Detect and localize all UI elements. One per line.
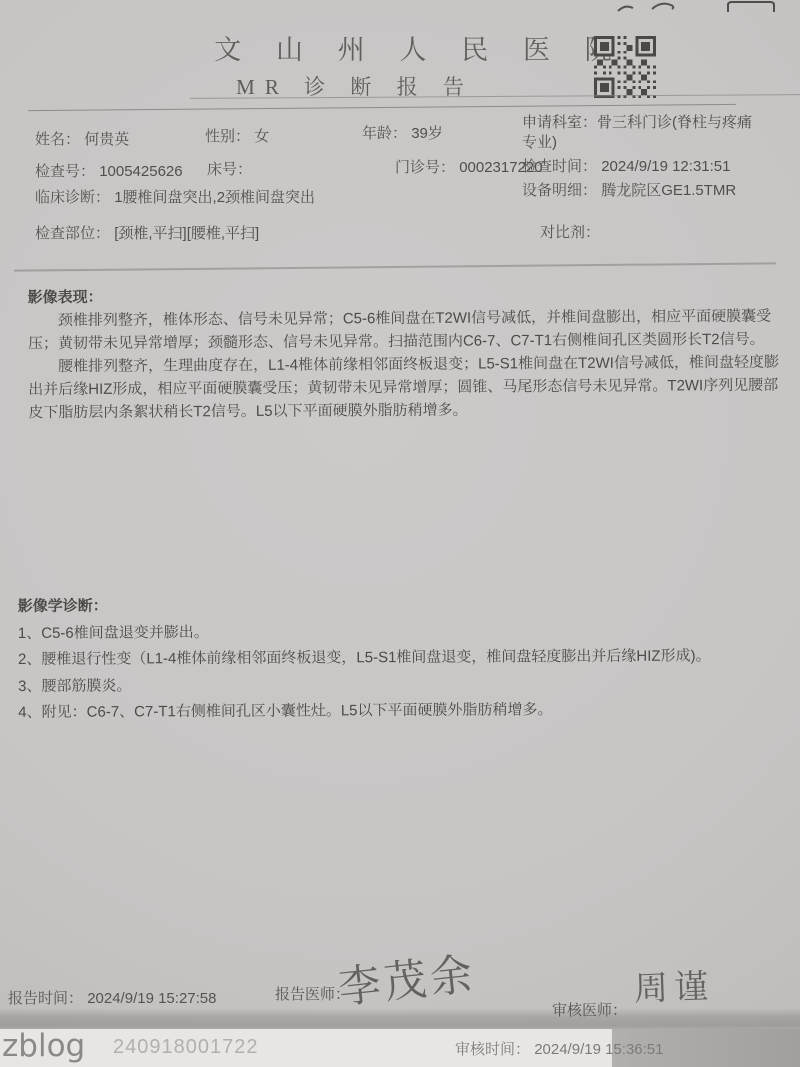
exam-time-value: 2024/9/19 12:31:51 (601, 158, 730, 175)
age-value: 39岁 (411, 125, 443, 142)
contrast-label: 对比剂： (540, 224, 600, 241)
exam-time-label: 检查时间： (522, 158, 597, 175)
qr-code-icon (591, 36, 659, 98)
exam-time-field: 检查时间： 2024/9/19 12:31:51 (522, 155, 730, 176)
patient-name-value: 何贵英 (84, 131, 129, 148)
review-time-value: 2024/9/19 15:36:51 (534, 1041, 663, 1058)
paper-edge-shadow (0, 1008, 800, 1030)
exam-no-value: 1005425626 (99, 163, 182, 180)
exam-part-field: 检查部位： [颈椎,平扫][腰椎,平扫] (35, 222, 259, 243)
request-dept-field: 申请科室：骨三科门诊(脊柱与疼痛专业) (522, 113, 754, 153)
outpatient-no-label: 门诊号： (395, 159, 455, 176)
header-rule (28, 104, 736, 111)
request-dept-label: 申请科室： (522, 114, 597, 131)
device-label: 设备明细： (522, 182, 597, 199)
clinical-diagnosis-label: 临床诊断： (35, 189, 110, 206)
age-field: 年龄： 39岁 (362, 122, 443, 143)
review-doctor-signature: 周谨 (633, 959, 715, 1011)
gender-field: 性别： 女 (205, 125, 269, 146)
findings-paragraph: 颈椎排列整齐，椎体形态、信号未见异常；C5-6椎间盘在T2WI信号减低，并椎间盘… (28, 305, 780, 356)
diagnosis-section: 影像学诊断： 1、C5-6椎间盘退变并膨出。 2、腰椎退行性变（L1-4椎体前缘… (18, 590, 785, 727)
report-doctor-signature: 李茂余 (335, 939, 479, 1016)
exam-no-label: 检查号： (35, 163, 95, 180)
exam-no-field: 检查号： 1005425626 (35, 160, 183, 181)
section-rule (14, 262, 776, 271)
device-field: 设备明细： 腾龙院区GE1.5TMR (522, 179, 736, 200)
findings-section: 影像表现： 颈椎排列整齐，椎体形态、信号未见异常；C5-6椎间盘在T2WI信号减… (28, 282, 781, 425)
findings-paragraph: 腰椎排列整齐，生理曲度存在，L1-4椎体前缘相邻面终板退变；L5-S1椎间盘在T… (28, 351, 780, 425)
bed-no-field: 床号： (207, 158, 252, 179)
diagnosis-item: 1、C5-6椎间盘退变并膨出。 (18, 616, 784, 647)
watermark-logo: zblog (2, 1028, 85, 1064)
pen-marks-icon (600, 0, 800, 20)
exam-part-value: [颈椎,平扫][腰椎,平扫] (114, 225, 259, 242)
hospital-name: 文 山 州 人 民 医 院 (40, 28, 800, 67)
exam-part-label: 检查部位： (35, 225, 110, 242)
gender-label: 性别： (205, 128, 250, 145)
diagnosis-item: 4、附见：C6-7、C7-T1右侧椎间孔区小囊性灶。L5以下平面硬膜外脂肪稍增多… (18, 696, 784, 727)
age-label: 年龄： (362, 125, 407, 142)
gender-value: 女 (254, 128, 269, 145)
diagnosis-item: 3、腰部筋膜炎。 (18, 669, 784, 700)
diagnosis-item: 2、腰椎退行性变（L1-4椎体前缘相邻面终板退变，L5-S1椎间盘退变，椎间盘轻… (18, 643, 784, 674)
patient-name-label: 姓名： (35, 131, 80, 148)
clinical-diagnosis-field: 临床诊断： 1腰椎间盘突出,2颈椎间盘突出 (35, 186, 315, 207)
watermark-number: 240918001722 (113, 1036, 258, 1059)
patient-name-field: 姓名： 何贵英 (35, 128, 129, 149)
bed-no-label: 床号： (207, 161, 252, 178)
diagnosis-title: 影像学诊断： (18, 590, 784, 621)
scanned-report-photo: 文 山 州 人 民 医 院 MR 诊 断 报 告 姓名： 何贵英 性别： 女 年… (0, 0, 800, 1067)
review-time-field: 审核时间： 2024/9/19 15:36:51 (455, 1038, 663, 1059)
review-time-label: 审核时间： (455, 1041, 530, 1058)
report-time-field: 报告时间： 2024/9/19 15:27:58 (8, 987, 216, 1008)
report-time-value: 2024/9/19 15:27:58 (87, 990, 216, 1007)
contrast-field: 对比剂： (540, 221, 600, 242)
clinical-diagnosis-value: 1腰椎间盘突出,2颈椎间盘突出 (114, 189, 315, 206)
outpatient-no-field: 门诊号： 0002317220 (395, 156, 543, 177)
device-value: 腾龙院区GE1.5TMR (601, 182, 736, 199)
report-time-label: 报告时间： (8, 990, 83, 1007)
